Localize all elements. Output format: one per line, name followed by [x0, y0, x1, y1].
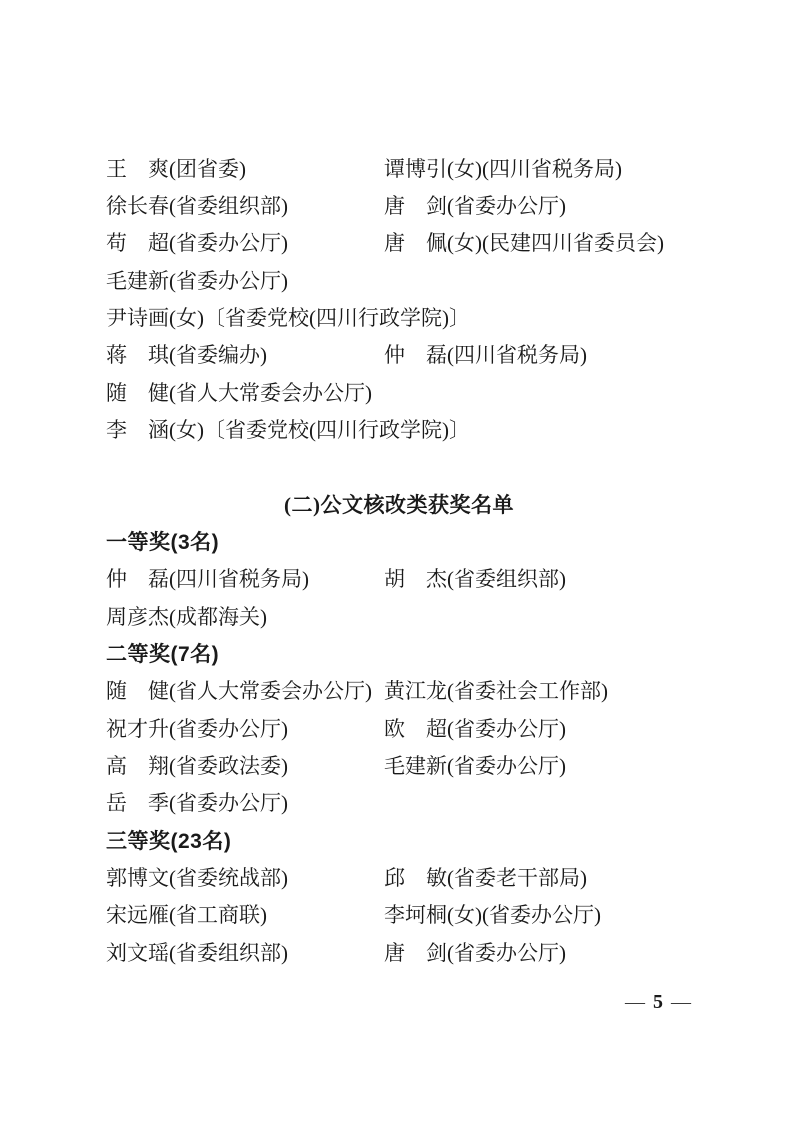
awardee-row: 仲 磊(四川省税务局) 胡 杰(省委组织部) — [106, 560, 692, 597]
page-number-dash-right: — — [671, 991, 691, 1014]
awardee-entry: 谭博引(女)(四川省税务局) — [384, 153, 622, 183]
award-group-heading-row: 三等奖(23名) — [106, 821, 692, 858]
awardee-entry: 仲 磊(四川省税务局) — [106, 563, 384, 593]
awardee-entry: 胡 杰(省委组织部) — [384, 563, 566, 593]
awardee-row: 王 爽(团省委) 谭博引(女)(四川省税务局) — [106, 149, 692, 186]
awardee-entry: 尹诗画(女)〔省委党校(四川行政学院)〕 — [106, 302, 470, 332]
awardee-entry: 欧 超(省委办公厅) — [384, 713, 566, 743]
awardee-entry: 苟 超(省委办公厅) — [106, 227, 384, 257]
page-number-dash-left: — — [625, 991, 645, 1014]
awardee-entry: 随 健(省人大常委会办公厅) — [106, 377, 384, 407]
award-group-heading: 三等奖(23名) — [106, 825, 231, 855]
awardee-row: 李 涵(女)〔省委党校(四川行政学院)〕 — [106, 410, 692, 447]
awardee-entry: 黄江龙(省委社会工作部) — [384, 675, 608, 705]
page-number: — 5 — — [622, 991, 694, 1014]
awardee-entry: 仲 磊(四川省税务局) — [384, 339, 587, 369]
awardee-entry: 祝才升(省委办公厅) — [106, 713, 384, 743]
awardee-row: 毛建新(省委办公厅) — [106, 261, 692, 298]
awardee-entry: 随 健(省人大常委会办公厅) — [106, 675, 384, 705]
awardee-entry: 邱 敏(省委老干部局) — [384, 862, 587, 892]
awardee-row: 蒋 琪(省委编办) 仲 磊(四川省税务局) — [106, 336, 692, 373]
section-title-row: (二)公文核改类获奖名单 — [106, 485, 692, 522]
awardee-row: 徐长春(省委组织部) 唐 剑(省委办公厅) — [106, 186, 692, 223]
awardee-entry: 岳 季(省委办公厅) — [106, 787, 384, 817]
awardee-entry: 高 翔(省委政法委) — [106, 750, 384, 780]
awardee-entry: 李 涵(女)〔省委党校(四川行政学院)〕 — [106, 414, 470, 444]
awardee-entry: 宋远雁(省工商联) — [106, 899, 384, 929]
awardee-row: 周彦杰(成都海关) — [106, 597, 692, 634]
awardee-entry: 唐 佩(女)(民建四川省委员会) — [384, 227, 664, 257]
awardee-entry: 郭博文(省委统战部) — [106, 862, 384, 892]
section-title: (二)公文核改类获奖名单 — [284, 489, 514, 519]
awardee-entry: 毛建新(省委办公厅) — [384, 750, 566, 780]
document-page: 王 爽(团省委) 谭博引(女)(四川省税务局) 徐长春(省委组织部) 唐 剑(省… — [0, 0, 794, 1123]
awardee-entry: 毛建新(省委办公厅) — [106, 265, 384, 295]
page-number-value: 5 — [645, 991, 671, 1014]
awardee-entry: 唐 剑(省委办公厅) — [384, 937, 566, 967]
awardee-row: 岳 季(省委办公厅) — [106, 784, 692, 821]
awardee-entry: 周彦杰(成都海关) — [106, 601, 384, 631]
awardee-row: 宋远雁(省工商联) 李坷桐(女)(省委办公厅) — [106, 896, 692, 933]
awardee-row: 祝才升(省委办公厅) 欧 超(省委办公厅) — [106, 709, 692, 746]
document-content: 王 爽(团省委) 谭博引(女)(四川省税务局) 徐长春(省委组织部) 唐 剑(省… — [106, 149, 692, 970]
awardee-row: 尹诗画(女)〔省委党校(四川行政学院)〕 — [106, 298, 692, 335]
award-group-heading-row: 二等奖(7名) — [106, 634, 692, 671]
blank-line — [106, 448, 692, 485]
awardee-row: 随 健(省人大常委会办公厅) — [106, 373, 692, 410]
award-group-heading: 一等奖(3名) — [106, 526, 219, 556]
awardee-row: 刘文瑶(省委组织部) 唐 剑(省委办公厅) — [106, 933, 692, 970]
awardee-entry: 唐 剑(省委办公厅) — [384, 190, 566, 220]
awardee-row: 随 健(省人大常委会办公厅) 黄江龙(省委社会工作部) — [106, 672, 692, 709]
award-group-heading-row: 一等奖(3名) — [106, 522, 692, 559]
awardee-row: 高 翔(省委政法委) 毛建新(省委办公厅) — [106, 746, 692, 783]
awardee-entry: 蒋 琪(省委编办) — [106, 339, 384, 369]
awardee-entry: 刘文瑶(省委组织部) — [106, 937, 384, 967]
award-group-heading: 二等奖(7名) — [106, 638, 219, 668]
awardee-entry: 李坷桐(女)(省委办公厅) — [384, 899, 601, 929]
awardee-row: 郭博文(省委统战部) 邱 敏(省委老干部局) — [106, 858, 692, 895]
awardee-entry: 王 爽(团省委) — [106, 153, 384, 183]
awardee-row: 苟 超(省委办公厅) 唐 佩(女)(民建四川省委员会) — [106, 224, 692, 261]
awardee-entry: 徐长春(省委组织部) — [106, 190, 384, 220]
